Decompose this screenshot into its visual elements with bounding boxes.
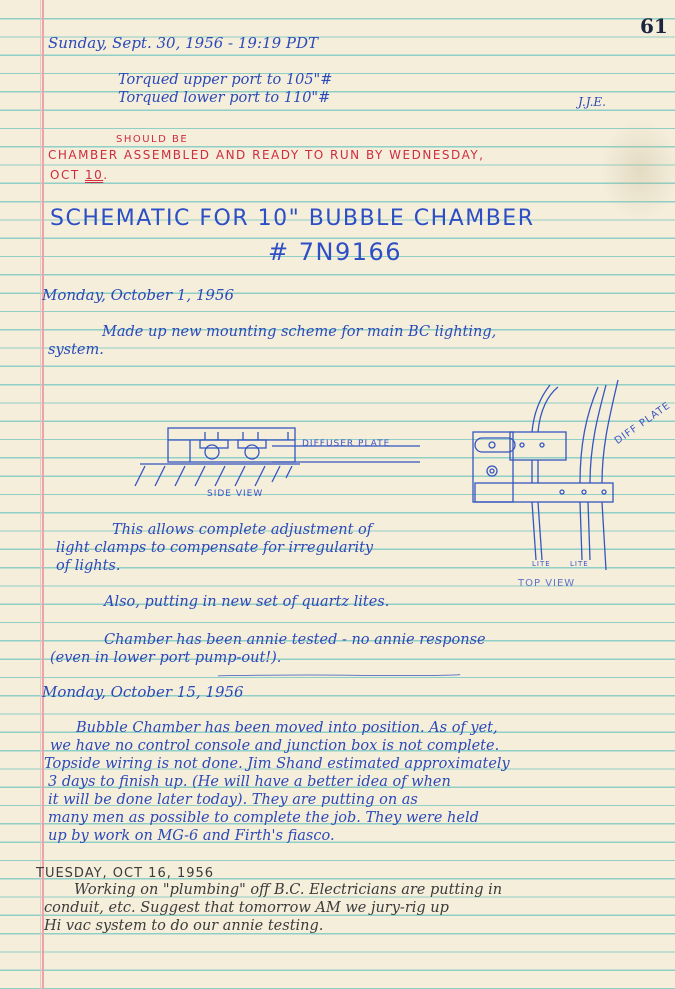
paragraph-line: Chamber has been annie tested - no annie…: [104, 632, 486, 648]
side-view-sketch: [140, 420, 440, 510]
paragraph-line: light clamps to compensate for irregular…: [56, 540, 373, 556]
lite-label: LITE: [570, 560, 589, 568]
margin-line-inner: [40, 0, 41, 989]
entry-line: Torqued upper port to 105"#: [118, 72, 332, 88]
entry-date-oct-16: TUESDAY, OCT 16, 1956: [36, 866, 214, 881]
side-view-label: SIDE VIEW: [207, 489, 263, 499]
page-number: 61: [640, 14, 668, 38]
entry-line: many men as possible to complete the job…: [48, 810, 479, 826]
paragraph-line: This allows complete adjustment of: [112, 522, 372, 538]
note-insert: SHOULD BE: [116, 134, 188, 145]
entry-date-sept-30: Sunday, Sept. 30, 1956 - 19:19 PDT: [48, 34, 318, 52]
paragraph-line: Also, putting in new set of quartz lites…: [104, 594, 389, 610]
notebook-page: 61 Sunday, Sept. 30, 1956 - 19:19 PDT To…: [0, 0, 675, 989]
entry-line: Made up new mounting scheme for main BC …: [102, 324, 496, 340]
entry-line: it will be done later today). They are p…: [48, 792, 418, 808]
top-view-sketch: [470, 375, 670, 575]
schematic-heading: SCHEMATIC FOR 10" BUBBLE CHAMBER: [50, 206, 534, 231]
schematic-number: # 7N9166: [268, 238, 402, 266]
note-day: 10: [85, 168, 103, 182]
entry-date-oct-1: Monday, October 1, 1956: [42, 286, 234, 304]
entry-line: Topside wiring is not done. Jim Shand es…: [44, 756, 510, 772]
margin-line: [42, 0, 44, 989]
paragraph-line: (even in lower port pump-out!).: [50, 650, 281, 666]
entry-line: Torqued lower port to 110"#: [118, 90, 330, 106]
note-line-2: OCT 10.: [50, 168, 109, 182]
entry-line: we have no control console and junction …: [50, 738, 499, 754]
entry-line: 3 days to finish up. (He will have a bet…: [48, 774, 451, 790]
entry-line: conduit, etc. Suggest that tomorrow AM w…: [44, 900, 449, 916]
entry-line: Bubble Chamber has been moved into posit…: [76, 720, 498, 736]
entry-line: Working on "plumbing" off B.C. Electrici…: [74, 882, 502, 898]
lite-label: LITE: [532, 560, 551, 568]
entry-line: system.: [48, 342, 104, 358]
note-suffix: .: [103, 168, 108, 182]
entry-line: Hi vac system to do our annie testing.: [44, 918, 323, 934]
top-view-label: TOP VIEW: [518, 578, 575, 589]
note-prefix: OCT: [50, 168, 85, 182]
paragraph-line: of lights.: [56, 558, 120, 574]
entry-divider: [14, 674, 664, 677]
diffuser-plate-label: DIFFUSER PLATE: [302, 439, 390, 449]
note-line: CHAMBER ASSEMBLED AND READY TO RUN BY WE…: [48, 148, 485, 162]
initials: J.J.E.: [578, 95, 606, 109]
entry-line: up by work on MG-6 and Firth's fiasco.: [48, 828, 335, 844]
entry-date-oct-15: Monday, October 15, 1956: [42, 683, 244, 701]
